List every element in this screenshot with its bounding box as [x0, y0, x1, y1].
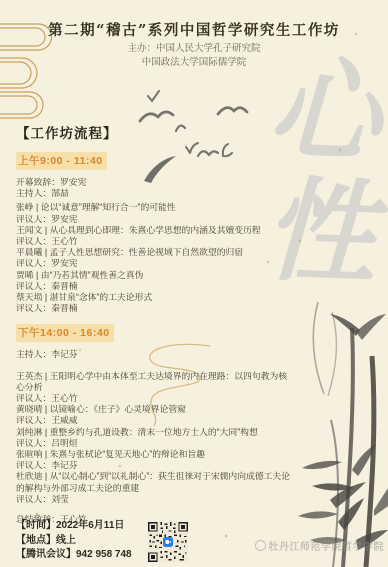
- organizer-line-1: 主办：中国人民大学孔子研究院: [0, 42, 388, 56]
- footer-info: 【时间】2022年6月11日 【地点】线上 【腾讯会议】942 958 748: [16, 519, 132, 563]
- morning-session: 上午9:00 - 11:40 开幕致辞：罗安宪 主持人：郜喆 张峥 | 论以“诚…: [16, 151, 292, 314]
- watermark-text: 牡丹江师范学院哲学学院: [269, 538, 385, 553]
- talk-title: 王英杰 | 王阳明心学中由本体至工夫达境界的内在理路：以四句教为核心分析: [16, 371, 292, 393]
- poster-title: 第二期“稽古”系列中国哲学研究生工作坊: [0, 19, 388, 40]
- opening-remarks: 开幕致辞：罗安宪: [16, 177, 292, 188]
- talk-title: 张峥 | 论以“诚意”理解“知行合一”的可能性: [16, 202, 292, 213]
- talk-title: 张暄响 | 朱熹与张栻论“复见天地心”的辩论和旨趣: [16, 449, 292, 460]
- event-date: 【时间】2022年6月11日: [16, 519, 132, 534]
- talk-reviewer: 评议人：王威威: [16, 415, 292, 426]
- afternoon-session: 下午14:00 - 16:40 主持人：李记芬 王英杰 | 王阳明心学中由本体至…: [16, 323, 292, 525]
- talk-item: 平晨曦 | 孟子人性思想研究：性善论视域下自然欲望的归宿 评议人：罗安宪: [16, 247, 292, 269]
- talk-item: 王英杰 | 王阳明心学中由本体至工夫达境界的内在理路：以四句教为核心分析 评议人…: [16, 371, 292, 405]
- talk-title: 蔡天埙 | 湛甘泉“念体”的工夫论形式: [16, 292, 292, 303]
- talk-title: 刘纯淋 | 重整乡约与孔道设教：清末一位地方士人的“大同”构想: [16, 427, 292, 438]
- talk-reviewer: 评议人：罗安宪: [16, 214, 292, 225]
- talk-reviewer: 评议人：王心竹: [16, 393, 292, 404]
- reposter-watermark: 牡丹江师范学院哲学学院: [255, 538, 385, 553]
- bamboo-icon: [298, 302, 388, 567]
- organizer-line-2: 中国政法大学国际儒学院: [0, 56, 388, 70]
- afternoon-time-badge: 下午14:00 - 16:40: [16, 324, 114, 342]
- morning-time-badge: 上午9:00 - 11:40: [16, 152, 107, 170]
- schedule-section: 【工作坊流程】 上午9:00 - 11:40 开幕致辞：罗安宪 主持人：郜喆 张…: [16, 122, 292, 525]
- talk-title: 王闻文 | 从心具理到心即理：朱熹心学思想的内涵及其嬗变历程: [16, 225, 292, 236]
- talk-item: 杜欣迪 | 从“以心制心”到“以礼制心”：荻生徂徕对于宋儒内向成德工夫论的解构与…: [16, 471, 292, 505]
- talk-title: 黄晓晴 | 以镜喻心：《庄子》心灵境界论管窥: [16, 404, 292, 415]
- afternoon-host: 主持人：李记芬: [16, 349, 292, 360]
- talk-item: 蔡天埙 | 湛甘泉“念体”的工夫论形式 评议人：秦晋楠: [16, 292, 292, 314]
- talk-item: 张暄响 | 朱熹与张栻论“复见天地心”的辩论和旨趣 评议人：李记芬: [16, 449, 292, 471]
- organizers: 主办：中国人民大学孔子研究院 中国政法大学国际儒学院: [0, 42, 388, 69]
- watermark-logo-icon: [255, 540, 266, 551]
- talk-reviewer: 评议人：罗安宪: [16, 258, 292, 269]
- meeting-id: 【腾讯会议】942 958 748: [16, 548, 132, 563]
- talk-item: 张峥 | 论以“诚意”理解“知行合一”的可能性 评议人：罗安宪: [16, 202, 292, 224]
- talk-item: 王闻文 | 从心具理到心即理：朱熹心学思想的内涵及其嬗变历程 评议人：王心竹: [16, 225, 292, 247]
- talk-item: 刘纯淋 | 重整乡约与孔道设教：清末一位地方士人的“大同”构想 评议人：吕明烜: [16, 427, 292, 449]
- qr-code: [148, 522, 188, 562]
- talk-title: 平晨曦 | 孟子人性思想研究：性善论视域下自然欲望的归宿: [16, 247, 292, 258]
- talk-reviewer: 评议人：吕明烜: [16, 438, 292, 449]
- talk-reviewer: 评议人：秦晋楠: [16, 281, 292, 292]
- talk-reviewer: 评议人：秦晋楠: [16, 303, 292, 314]
- morning-host: 主持人：郜喆: [16, 188, 292, 199]
- schedule-section-title: 【工作坊流程】: [16, 122, 292, 142]
- morning-talk-list: 张峥 | 论以“诚意”理解“知行合一”的可能性 评议人：罗安宪 王闻文 | 从心…: [16, 202, 292, 314]
- afternoon-talk-list: 王英杰 | 王阳明心学中由本体至工夫达境界的内在理路：以四句教为核心分析 评议人…: [16, 371, 292, 505]
- talk-item: 黄晓晴 | 以镜喻心：《庄子》心灵境界论管窥 评议人：王威威: [16, 404, 292, 426]
- talk-reviewer: 评议人：刘莹: [16, 494, 292, 505]
- talk-title: 贾晞 | 由“乃若其情”观性善之真伪: [16, 270, 292, 281]
- workshop-poster: 心 性: [0, 0, 388, 567]
- talk-item: 贾晞 | 由“乃若其情”观性善之真伪 评议人：秦晋楠: [16, 270, 292, 292]
- talk-title: 杜欣迪 | 从“以心制心”到“以礼制心”：荻生徂徕对于宋儒内向成德工夫论的解构与…: [16, 471, 292, 493]
- talk-reviewer: 评议人：李记芬: [16, 460, 292, 471]
- talk-reviewer: 评议人：王心竹: [16, 236, 292, 247]
- event-location: 【地点】线上: [16, 534, 132, 549]
